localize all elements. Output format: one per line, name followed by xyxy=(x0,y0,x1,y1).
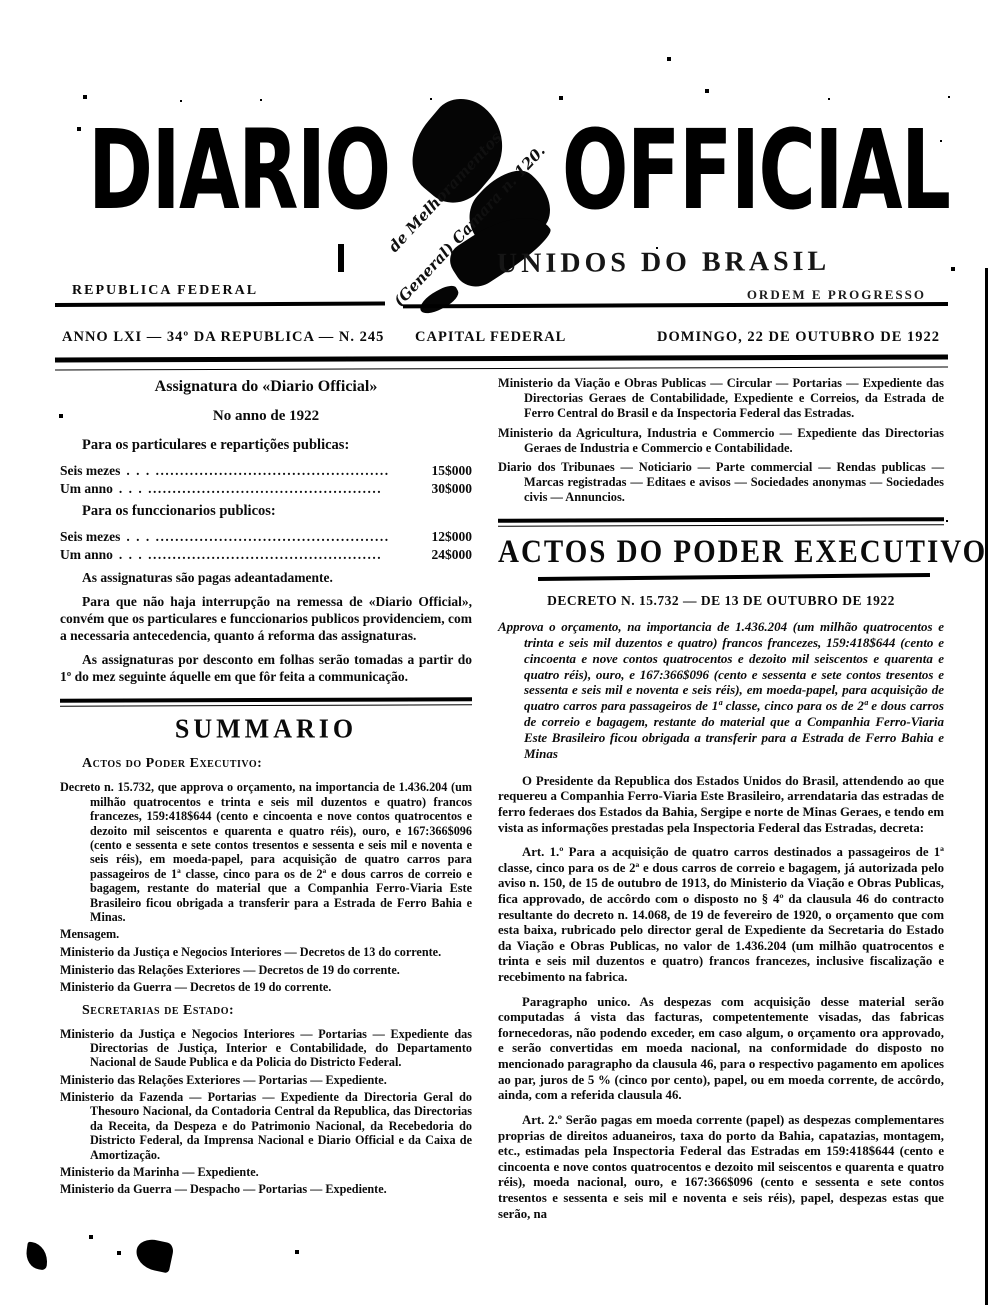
subscription-section1-label: Para os particulares e repartições publi… xyxy=(60,437,472,454)
subscription-note: As assignaturas são pagas adeantadamente… xyxy=(60,570,472,587)
decree-paragraph: O Presidente da Republica dos Estados Un… xyxy=(498,774,944,836)
ink-blot-icon xyxy=(416,282,462,318)
ink-blot-icon xyxy=(24,1242,49,1271)
summario-entry: Mensagem. xyxy=(60,927,472,942)
subscription-note: Para que não haja interrupção na remessa… xyxy=(60,594,472,645)
price-label: Seis mezes xyxy=(60,528,120,546)
dot-leader: . . . ..................................… xyxy=(119,480,426,498)
country-line: UNIDOS DO BRASIL xyxy=(497,246,830,280)
actos-section-title: ACTOS DO PODER EXECUTIVO xyxy=(498,534,944,571)
content-columns: Assignatura do «Diario Official» No anno… xyxy=(60,376,944,1231)
double-rule-top xyxy=(55,299,948,313)
dateline: ANNO LXI — 34º DA REPUBLICA — N. 245 CAP… xyxy=(62,329,940,346)
decree-paragraph: Art. 1.º Para a acquisição de quatro car… xyxy=(498,845,944,985)
scan-edge-line xyxy=(985,268,988,1305)
edition-info: ANNO LXI — 34º DA REPUBLICA — N. 245 xyxy=(62,329,384,346)
subscription-year: No anno de 1922 xyxy=(60,408,472,425)
ink-blot-icon xyxy=(133,1237,174,1274)
section-divider xyxy=(498,517,944,527)
price-value: 12$000 xyxy=(432,528,473,546)
masthead-word-diario: DIARIO xyxy=(88,116,390,250)
heading-underline xyxy=(538,573,930,581)
summario-entry: Ministerio da Justiça e Negocios Interio… xyxy=(60,1027,472,1070)
price-value: 15$000 xyxy=(432,462,473,480)
scan-speckles xyxy=(0,0,2,2)
summario-actos-label: Actos do Poder Executivo: xyxy=(60,756,472,772)
decree-abstract: Approva o orçamento, na importancia de 1… xyxy=(498,619,944,762)
summario-entry: Ministerio da Guerra — Decretos de 19 do… xyxy=(60,980,472,994)
issue-date: DOMINGO, 22 DE OUTUBRO DE 1922 xyxy=(657,329,940,346)
price-row: Um anno . . . ..........................… xyxy=(60,480,472,498)
summario-entry: Ministerio da Justiça e Negocios Interio… xyxy=(60,945,472,959)
masthead-word-official: OFFICIAL xyxy=(562,116,949,250)
dot-leader: . . . ..................................… xyxy=(126,462,425,480)
double-rule-bottom xyxy=(55,354,948,370)
decree-paragraph: Art. 2.º Serão pagas em moeda corrente (… xyxy=(498,1113,944,1222)
scanned-newspaper-page: DIARIO OFFICIAL de Melhoramentos (Genera… xyxy=(0,0,1000,1305)
subscription-section2-label: Para os funccionarios publicos: xyxy=(60,503,472,520)
summario-entry: Ministerio das Relações Exteriores — Dec… xyxy=(60,963,472,977)
summario-entry: Diario dos Tribunaes — Noticiario — Part… xyxy=(498,460,944,505)
summario-secretarias-label: Secretarias de Estado: xyxy=(60,1003,472,1019)
price-value: 30$000 xyxy=(432,480,473,498)
right-column: Ministerio da Viação e Obras Publicas — … xyxy=(498,376,944,1231)
dot-leader: . . . ..................................… xyxy=(126,528,425,546)
subscription-note: As assignaturas por desconto em folhas s… xyxy=(60,652,472,686)
summario-entry: Ministerio da Agricultura, Industria e C… xyxy=(498,426,944,456)
price-row: Seis mezes . . . .......................… xyxy=(60,528,472,546)
price-label: Seis mezes xyxy=(60,462,120,480)
summario-entry: Ministerio da Guerra — Despacho — Portar… xyxy=(60,1182,472,1196)
decree-heading: DECRETO N. 15.732 — DE 13 DE OUTUBRO DE … xyxy=(498,593,944,609)
masthead: DIARIO OFFICIAL xyxy=(88,116,942,236)
price-row: Um anno . . . ..........................… xyxy=(60,546,472,564)
summario-entry: Ministerio da Viação e Obras Publicas — … xyxy=(498,376,944,421)
summario-entry: Ministerio da Fazenda — Portarias — Expe… xyxy=(60,1090,472,1162)
rule-segment xyxy=(55,302,385,307)
summario-title: SUMMARIO xyxy=(60,714,472,746)
decree-paragraph: Paragrapho unico. As despezas com acquis… xyxy=(498,995,944,1104)
left-column: Assignatura do «Diario Official» No anno… xyxy=(60,376,472,1231)
summario-entry: Ministerio das Relações Exteriores — Por… xyxy=(60,1073,472,1087)
price-value: 24$000 xyxy=(432,546,473,564)
capital-label: CAPITAL FEDERAL xyxy=(415,329,566,346)
price-label: Um anno xyxy=(60,480,113,498)
dot-leader: . . . ..................................… xyxy=(119,546,426,564)
section-divider xyxy=(60,698,472,707)
republic-label: REPUBLICA FEDERAL xyxy=(72,283,258,299)
summario-entry: Ministerio da Marinha — Expediente. xyxy=(60,1165,472,1179)
price-label: Um anno xyxy=(60,546,113,564)
rule-segment xyxy=(403,302,948,308)
subscription-title: Assignatura do «Diario Official» xyxy=(60,378,472,396)
summario-entry: Decreto n. 15.732, que approva o orçamen… xyxy=(60,780,472,924)
price-row: Seis mezes . . . .......................… xyxy=(60,462,472,480)
ink-mark xyxy=(338,244,344,272)
